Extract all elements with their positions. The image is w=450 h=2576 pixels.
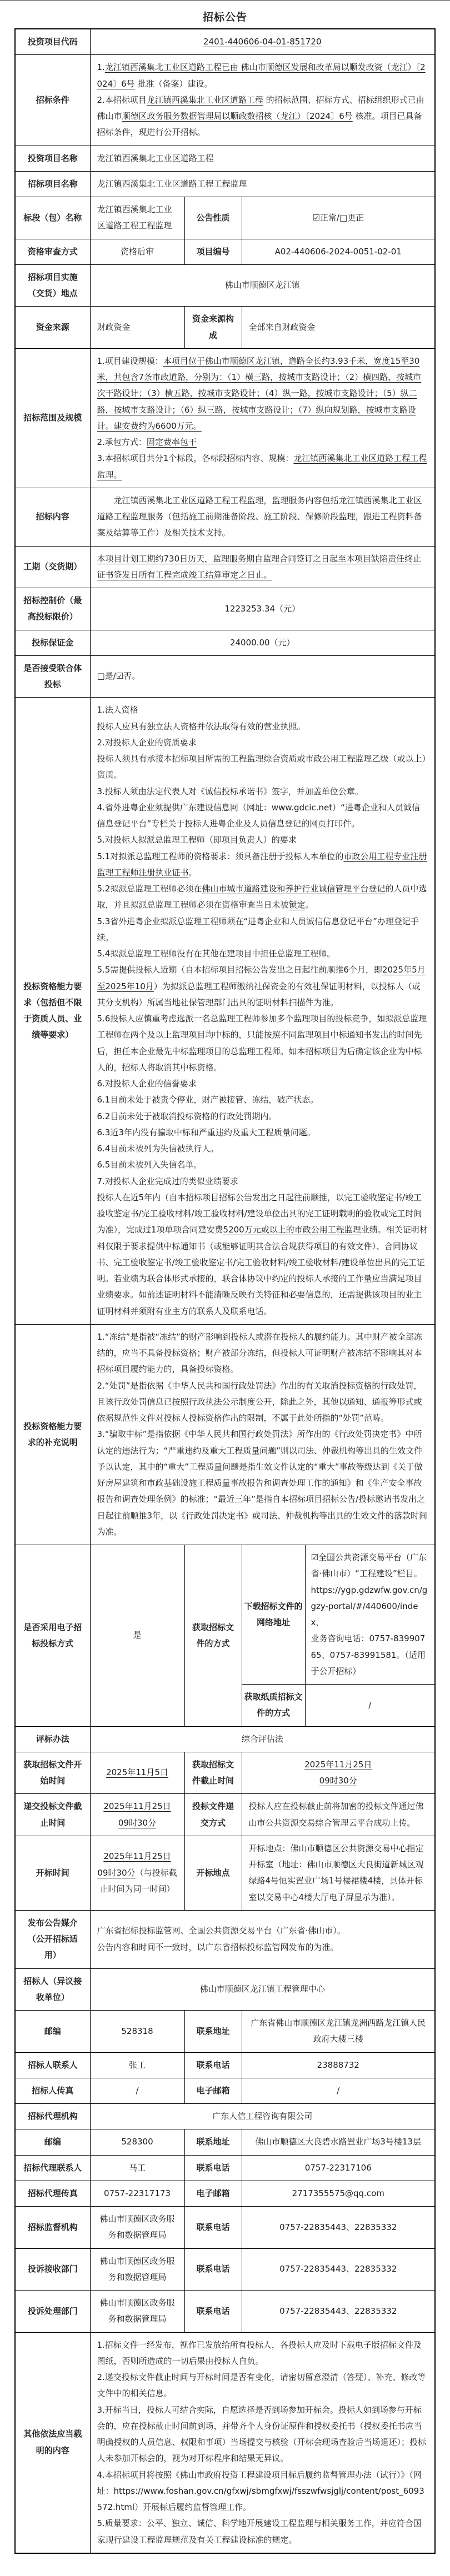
table-row: 评标办法 综合评估法 xyxy=(15,1726,435,1752)
media-value: 广东省招标投标监管网、全国公共资源交易平台（广东省·佛山市）。公告内容和时间不一… xyxy=(90,1910,435,1968)
announcement-nature-label: 公告性质 xyxy=(184,197,242,239)
table-row: 获取招标文件开始时间 2025年11月5日 获取招标文件截止时间 2025年11… xyxy=(15,1752,435,1794)
table-row: 资金来源 财政资金 资金来源构成 全部来自财政资金 xyxy=(15,307,435,349)
complaint-receive-label: 投诉接收部门 xyxy=(15,2248,90,2291)
fund-source-value: 财政资金 xyxy=(90,307,184,349)
obtain-method-label: 获取招标文件的方式 xyxy=(184,1545,242,1727)
control-price-label: 招标控制价（最高投标限价） xyxy=(15,588,90,630)
table-row: 投资项目代码 2401-440606-04-01-851720 xyxy=(15,29,435,55)
opening-time-value: 2025年11月25日09时30分（与投标截止时间为同一时间） xyxy=(90,1836,184,1910)
submission-method-value: 投标人应在投标截止前将加密的投标文件通过佛山市公共资源交易综合管理云平台成功上传… xyxy=(242,1794,435,1836)
obtain-method-inner-table: 下载招标文件的网络地址 ☑全国公共资源交易平台（广东省·佛山市）“工程建设”栏目… xyxy=(242,1545,435,1726)
download-address-label: 下载招标文件的网络地址 xyxy=(242,1545,306,1685)
phone1-label: 联系电话 xyxy=(184,2052,242,2078)
table-row: 投标资格能力要求（包括但不限于资质人员、业绩等要求） 1.法人资格投标人应具有独… xyxy=(15,698,435,1325)
doc-start-label: 获取招标文件开始时间 xyxy=(15,1752,90,1794)
postcode1-value: 528318 xyxy=(90,2011,184,2053)
table-row: 招标代理联系人 马工 联系电话 0757-22317106 xyxy=(15,2155,435,2181)
fax2-value: 0757-22317173 xyxy=(90,2181,184,2206)
complaint-handle-value: 佛山市顺德区政务服务和数据管理局 xyxy=(90,2291,184,2333)
evaluation-method-value: 综合评估法 xyxy=(90,1726,435,1752)
scope-value: 1.项目建设规模：本项目位于佛山市顺德区龙江镇，道路全长约3.93千米，宽度15… xyxy=(90,348,435,488)
phone4-value: 0757-22835443、22835332 xyxy=(242,2248,435,2291)
address2-label: 联系地址 xyxy=(184,2129,242,2155)
qualification-requirements-value: 1.法人资格投标人应具有独立法人资格并依法取得有效的营业执照。2.对投标人企业的… xyxy=(90,698,435,1325)
address2-value: 佛山市顺德区大良碧水路置业广场3号楼13层 xyxy=(242,2129,435,2155)
phone2-label: 联系电话 xyxy=(184,2155,242,2181)
other-content-value: 1.招标文件一经发布，视作已发放给所有投标人，各投标人应及时下载电子版招标文件及… xyxy=(90,2332,435,2553)
doc-deadline-value: 2025年11月25日09时30分 xyxy=(242,1752,435,1794)
email2-value: 2717355575@qq.com xyxy=(242,2181,435,2206)
table-row: 招标范围及规模 1.项目建设规模：本项目位于佛山市顺德区龙江镇，道路全长约3.9… xyxy=(15,348,435,488)
email1-label: 电子邮箱 xyxy=(184,2078,242,2103)
postcode2-label: 邮编 xyxy=(15,2129,90,2155)
obtain-method-cell: 下载招标文件的网络地址 ☑全国公共资源交易平台（广东省·佛山市）“工程建设”栏目… xyxy=(242,1545,435,1727)
contact1-label: 招标人联系人 xyxy=(15,2052,90,2078)
other-content-label: 其他依法应当载明的内容 xyxy=(15,2332,90,2553)
email2-label: 电子邮箱 xyxy=(184,2181,242,2206)
submission-method-label: 投标文件递交方式 xyxy=(184,1794,242,1836)
download-address-value: ☑全国公共资源交易平台（广东省·佛山市）“工程建设”栏目。https://ygp… xyxy=(305,1545,434,1685)
delivery-location-value: 佛山市顺德区龙江镇 xyxy=(90,264,435,307)
phone5-value: 0757-22835443、22835332 xyxy=(242,2291,435,2333)
tender-conditions-value: 1.龙江镇西溪集北工业区道路工程已由 佛山市顺德区发展和改革局以顺发改资（龙江）… xyxy=(90,55,435,146)
doc-deadline-label: 获取招标文件截止时间 xyxy=(184,1752,242,1794)
paper-document-value: / xyxy=(305,1685,434,1726)
table-row: 发布公告媒介（公开招标适用） 广东省招标投标监管网、全国公共资源交易平台（广东省… xyxy=(15,1910,435,1968)
section-name-value: 龙江镇西溪集北工业区道路工程工程监理 xyxy=(90,197,184,239)
investment-project-name-value: 龙江镇西溪集北工业区道路工程 xyxy=(90,146,435,171)
phone4-label: 联系电话 xyxy=(184,2248,242,2291)
phone1-value: 23888732 xyxy=(242,2052,435,2078)
fax1-value: / xyxy=(90,2078,184,2103)
consortium-value: □是/☑否。 xyxy=(90,655,435,698)
table-row: 其他依法应当载明的内容 1.招标文件一经发布，视作已发放给所有投标人，各投标人应… xyxy=(15,2332,435,2553)
tender-project-name-value: 龙江镇西溪集北工业区道路工程工程监理 xyxy=(90,171,435,197)
phone3-value: 0757-22835443、22835332 xyxy=(242,2207,435,2249)
delivery-location-label: 招标项目实施（交货）地点 xyxy=(15,264,90,307)
section-name-label: 标段（包）名称 xyxy=(15,197,90,239)
table-row: 是否接受联合体投标 □是/☑否。 xyxy=(15,655,435,698)
table-row: 开标时间 2025年11月25日09时30分（与投标截止时间为同一时间） 开标地… xyxy=(15,1836,435,1910)
tender-announcement-table: 投资项目代码 2401-440606-04-01-851720 招标条件 1.龙… xyxy=(14,28,436,2554)
fund-source-label: 资金来源 xyxy=(15,307,90,349)
table-row: 投标保证金 24000.00（元） xyxy=(15,630,435,655)
table-row: 邮编 528300 联系地址 佛山市顺德区大良碧水路置业广场3号楼13层 xyxy=(15,2129,435,2155)
tenderer-value: 佛山市顺德区龙江镇工程管理中心 xyxy=(90,1968,435,2011)
paper-document-label: 获取纸质招标文件的方式 xyxy=(242,1685,306,1726)
scope-label: 招标范围及规模 xyxy=(15,348,90,488)
top-divider xyxy=(0,0,450,1)
email1-value: / xyxy=(242,2078,435,2103)
qualification-review-value: 资格后审 xyxy=(90,239,184,264)
table-row: 是否采用电子招标投标方式 是 获取招标文件的方式 下载招标文件的网络地址 ☑全国… xyxy=(15,1545,435,1727)
tender-announcement-page: 招标公告 投资项目代码 2401-440606-04-01-851720 招标条… xyxy=(0,0,450,2554)
bid-bond-value: 24000.00（元） xyxy=(90,630,435,655)
address1-label: 联系地址 xyxy=(184,2011,242,2053)
complaint-receive-value: 佛山市顺德区政务服务和数据管理局 xyxy=(90,2248,184,2291)
table-row: 招标项目实施（交货）地点 佛山市顺德区龙江镇 xyxy=(15,264,435,307)
tender-content-label: 招标内容 xyxy=(15,488,90,546)
doc-start-value: 2025年11月5日 xyxy=(90,1752,184,1794)
supervisor-label: 招标监督机构 xyxy=(15,2207,90,2249)
qualification-review-label: 资格审查方式 xyxy=(15,239,90,264)
table-row: 招标人（异议接收单位） 佛山市顺德区龙江镇工程管理中心 xyxy=(15,1968,435,2011)
submission-deadline-value: 2025年11月25日09时30分 xyxy=(90,1794,184,1836)
table-row: 招标人传真 / 电子邮箱 / xyxy=(15,2078,435,2103)
table-row: 招标监督机构 佛山市顺德区政务服务和数据管理局 联系电话 0757-228354… xyxy=(15,2207,435,2249)
address1-value: 广东省佛山市顺德区龙江镇龙洲西路龙江镇人民政府大楼三楼 xyxy=(242,2011,435,2053)
complaint-handle-label: 投诉处理部门 xyxy=(15,2291,90,2333)
table-row: 招标项目名称 龙江镇西溪集北工业区道路工程工程监理 xyxy=(15,171,435,197)
supplementary-value: 1.“冻结”是指被“冻结”的财产影响到投标人或潜在投标人的履约能力。其中财产被全… xyxy=(90,1324,435,1545)
table-row: 下载招标文件的网络地址 ☑全国公共资源交易平台（广东省·佛山市）“工程建设”栏目… xyxy=(242,1545,435,1685)
postcode1-label: 邮编 xyxy=(15,2011,90,2053)
table-row: 资格审查方式 资格后审 项目编号 A02-440606-2024-0051-02… xyxy=(15,239,435,264)
table-row: 递交投标文件截止时间 2025年11月25日09时30分 投标文件递交方式 投标… xyxy=(15,1794,435,1836)
tenderer-label: 招标人（异议接收单位） xyxy=(15,1968,90,2011)
table-row: 标段（包）名称 龙江镇西溪集北工业区道路工程工程监理 公告性质 ☑正常/□更正 xyxy=(15,197,435,239)
table-row: 投诉接收部门 佛山市顺德区政务服务和数据管理局 联系电话 0757-228354… xyxy=(15,2248,435,2291)
electronic-bidding-value: 是 xyxy=(90,1545,184,1727)
contact1-value: 张工 xyxy=(90,2052,184,2078)
table-row: 邮编 528318 联系地址 广东省佛山市顺德区龙江镇龙洲西路龙江镇人民政府大楼… xyxy=(15,2011,435,2053)
tender-content-value: 龙江镇西溪集北工业区道路工程工程监理，监理服务内容包括龙江镇西溪集北工业区道路工… xyxy=(90,488,435,546)
table-row: 招标控制价（最高投标限价） 1223253.34（元） xyxy=(15,588,435,630)
phone3-label: 联系电话 xyxy=(184,2207,242,2249)
phone2-value: 0757-22317106 xyxy=(242,2155,435,2181)
bid-bond-label: 投标保证金 xyxy=(15,630,90,655)
fund-composition-value: 全部来自财政资金 xyxy=(242,307,435,349)
table-row: 招标内容 龙江镇西溪集北工业区道路工程工程监理，监理服务内容包括龙江镇西溪集北工… xyxy=(15,488,435,546)
table-row: 投诉处理部门 佛山市顺德区政务服务和数据管理局 联系电话 0757-228354… xyxy=(15,2291,435,2333)
investment-code-value: 2401-440606-04-01-851720 xyxy=(90,29,435,55)
control-price-value: 1223253.34（元） xyxy=(90,588,435,630)
duration-label: 工期（交货期） xyxy=(15,546,90,588)
agency-label: 招标代理机构 xyxy=(15,2104,90,2129)
table-row: 工期（交货期） 本项目计划工期约730日历天，监理服务期自监理合同签订之日起至本… xyxy=(15,546,435,588)
page-title: 招标公告 xyxy=(0,9,450,24)
investment-project-name-label: 投资项目名称 xyxy=(15,146,90,171)
agency-value: 广东人信工程咨询有限公司 xyxy=(90,2104,435,2129)
tender-project-name-label: 招标项目名称 xyxy=(15,171,90,197)
tender-conditions-label: 招标条件 xyxy=(15,55,90,146)
contact2-value: 马工 xyxy=(90,2155,184,2181)
submission-deadline-label: 递交投标文件截止时间 xyxy=(15,1794,90,1836)
consortium-label: 是否接受联合体投标 xyxy=(15,655,90,698)
contact2-label: 招标代理联系人 xyxy=(15,2155,90,2181)
supervisor-value: 佛山市顺德区政务服务和数据管理局 xyxy=(90,2207,184,2249)
table-row: 投资项目名称 龙江镇西溪集北工业区道路工程 xyxy=(15,146,435,171)
qualification-requirements-label: 投标资格能力要求（包括但不限于资质人员、业绩等要求） xyxy=(15,698,90,1325)
fund-composition-label: 资金来源构成 xyxy=(184,307,242,349)
table-row: 招标代理机构 广东人信工程咨询有限公司 xyxy=(15,2104,435,2129)
duration-value: 本项目计划工期约730日历天，监理服务期自监理合同签订之日起至本项目缺陷责任终止… xyxy=(90,546,435,588)
electronic-bidding-label: 是否采用电子招标投标方式 xyxy=(15,1545,90,1727)
table-row: 招标代理传真 0757-22317173 电子邮箱 2717355575@qq.… xyxy=(15,2181,435,2206)
table-row: 获取纸质招标文件的方式 / xyxy=(242,1685,435,1726)
fax1-label: 招标人传真 xyxy=(15,2078,90,2103)
opening-place-label: 开标地点 xyxy=(184,1836,242,1910)
evaluation-method-label: 评标办法 xyxy=(15,1726,90,1752)
announcement-nature-value: ☑正常/□更正 xyxy=(242,197,435,239)
media-label: 发布公告媒介（公开招标适用） xyxy=(15,1910,90,1968)
fax2-label: 招标代理传真 xyxy=(15,2181,90,2206)
project-number-value: A02-440606-2024-0051-02-01 xyxy=(242,239,435,264)
table-row: 招标条件 1.龙江镇西溪集北工业区道路工程已由 佛山市顺德区发展和改革局以顺发改… xyxy=(15,55,435,146)
table-row: 投标资格能力要求的补充说明 1.“冻结”是指被“冻结”的财产影响到投标人或潜在投… xyxy=(15,1324,435,1545)
opening-time-label: 开标时间 xyxy=(15,1836,90,1910)
phone5-label: 联系电话 xyxy=(184,2291,242,2333)
supplementary-label: 投标资格能力要求的补充说明 xyxy=(15,1324,90,1545)
project-number-label: 项目编号 xyxy=(184,239,242,264)
table-row: 招标人联系人 张工 联系电话 23888732 xyxy=(15,2052,435,2078)
postcode2-value: 528300 xyxy=(90,2129,184,2155)
opening-place-value: 开标地点：佛山市顺德区公共资源交易中心指定开标室（地址：佛山市顺德区大良街道新城… xyxy=(242,1836,435,1910)
investment-code-label: 投资项目代码 xyxy=(15,29,90,55)
